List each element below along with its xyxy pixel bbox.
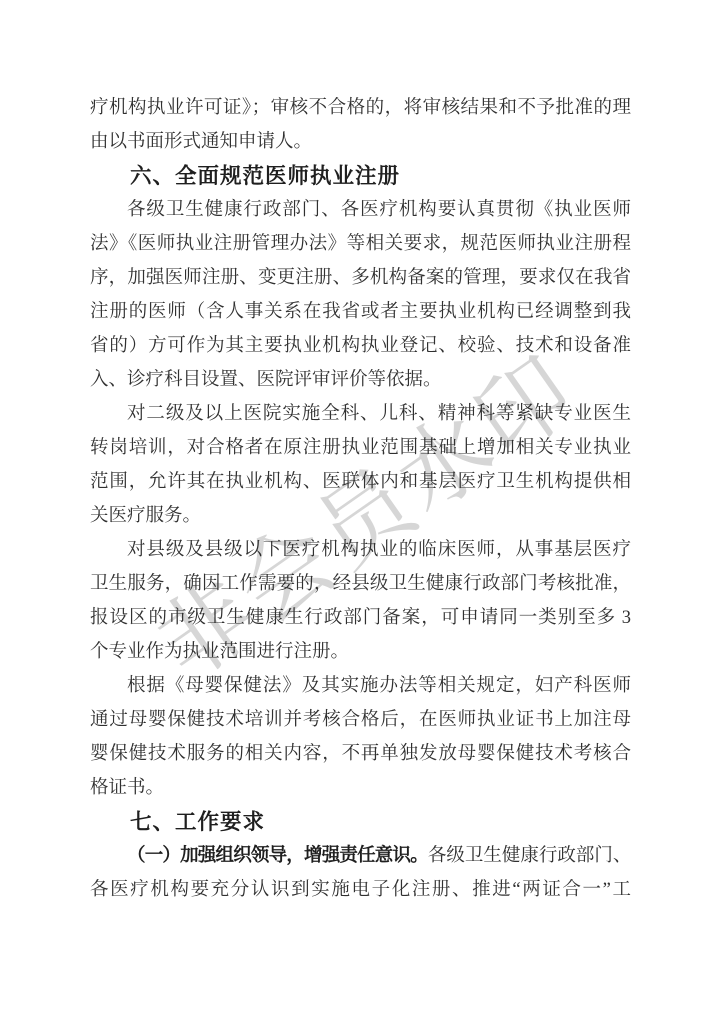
- text-line: 各级卫生健康行政部门、各医疗机构要认真贯彻《执业医师: [90, 193, 631, 227]
- text-line: 序，加强医师注册、变更注册、多机构备案的管理，要求仅在我省: [90, 261, 631, 295]
- text-line: 通过母婴保健技术培训并考核合格后，在医师执业证书上加注母: [90, 703, 631, 737]
- text-line: 关医疗服务。: [90, 499, 631, 533]
- text-line: 转岗培训，对合格者在原注册执业范围基础上增加相关专业执业: [90, 431, 631, 465]
- text-line: 卫生服务，确因工作需要的，经县级卫生健康行政部门考核批准，: [90, 567, 631, 601]
- text-line: 入、诊疗科目设置、医院评审评价等依据。: [90, 363, 631, 397]
- text-line: 省的）方可作为其主要执业机构执业登记、校验、技术和设备准: [90, 329, 631, 363]
- text-line: 由以书面形式通知申请人。: [90, 125, 631, 159]
- line-text: 各级卫生健康行政部门、: [428, 846, 632, 866]
- section-heading: 七、工作要求: [90, 805, 631, 839]
- text-line: 根据《母婴保健法》及其实施办法等相关规定，妇产科医师: [90, 669, 631, 703]
- text-line: 疗机构执业许可证》；审核不合格的，将审核结果和不予批准的理: [90, 91, 631, 125]
- text-line: 范围，允许其在执业机构、医联体内和基层医疗卫生机构提供相: [90, 465, 631, 499]
- text-line: 对二级及以上医院实施全科、儿科、精神科等紧缺专业医生: [90, 397, 631, 431]
- text-line: 对县级及县级以下医疗机构执业的临床医师，从事基层医疗: [90, 533, 631, 567]
- text-line: （一）加强组织领导，增强责任意识。各级卫生健康行政部门、: [90, 839, 631, 873]
- text-line: 各医疗机构要充分认识到实施电子化注册、推进“两证合一”工: [90, 873, 631, 907]
- text-line: 个专业作为执业范围进行注册。: [90, 635, 631, 669]
- text-line: 婴保健技术服务的相关内容，不再单独发放母婴保健技术考核合: [90, 737, 631, 771]
- text-line: 法》《医师执业注册管理办法》等相关要求，规范医师执业注册程: [90, 227, 631, 261]
- document-page: 非会员水印 疗机构执业许可证》；审核不合格的，将审核结果和不予批准的理由以书面形…: [0, 0, 720, 1019]
- bold-lead-text: （一）加强组织领导，增强责任意识。: [127, 846, 428, 866]
- document-text: 疗机构执业许可证》；审核不合格的，将审核结果和不予批准的理由以书面形式通知申请人…: [90, 91, 631, 907]
- text-line: 注册的医师（含人事关系在我省或者主要执业机构已经调整到我: [90, 295, 631, 329]
- text-line: 报设区的市级卫生健康生行政部门备案，可申请同一类别至多 3: [90, 601, 631, 635]
- text-line: 格证书。: [90, 771, 631, 805]
- section-heading: 六、全面规范医师执业注册: [90, 159, 631, 193]
